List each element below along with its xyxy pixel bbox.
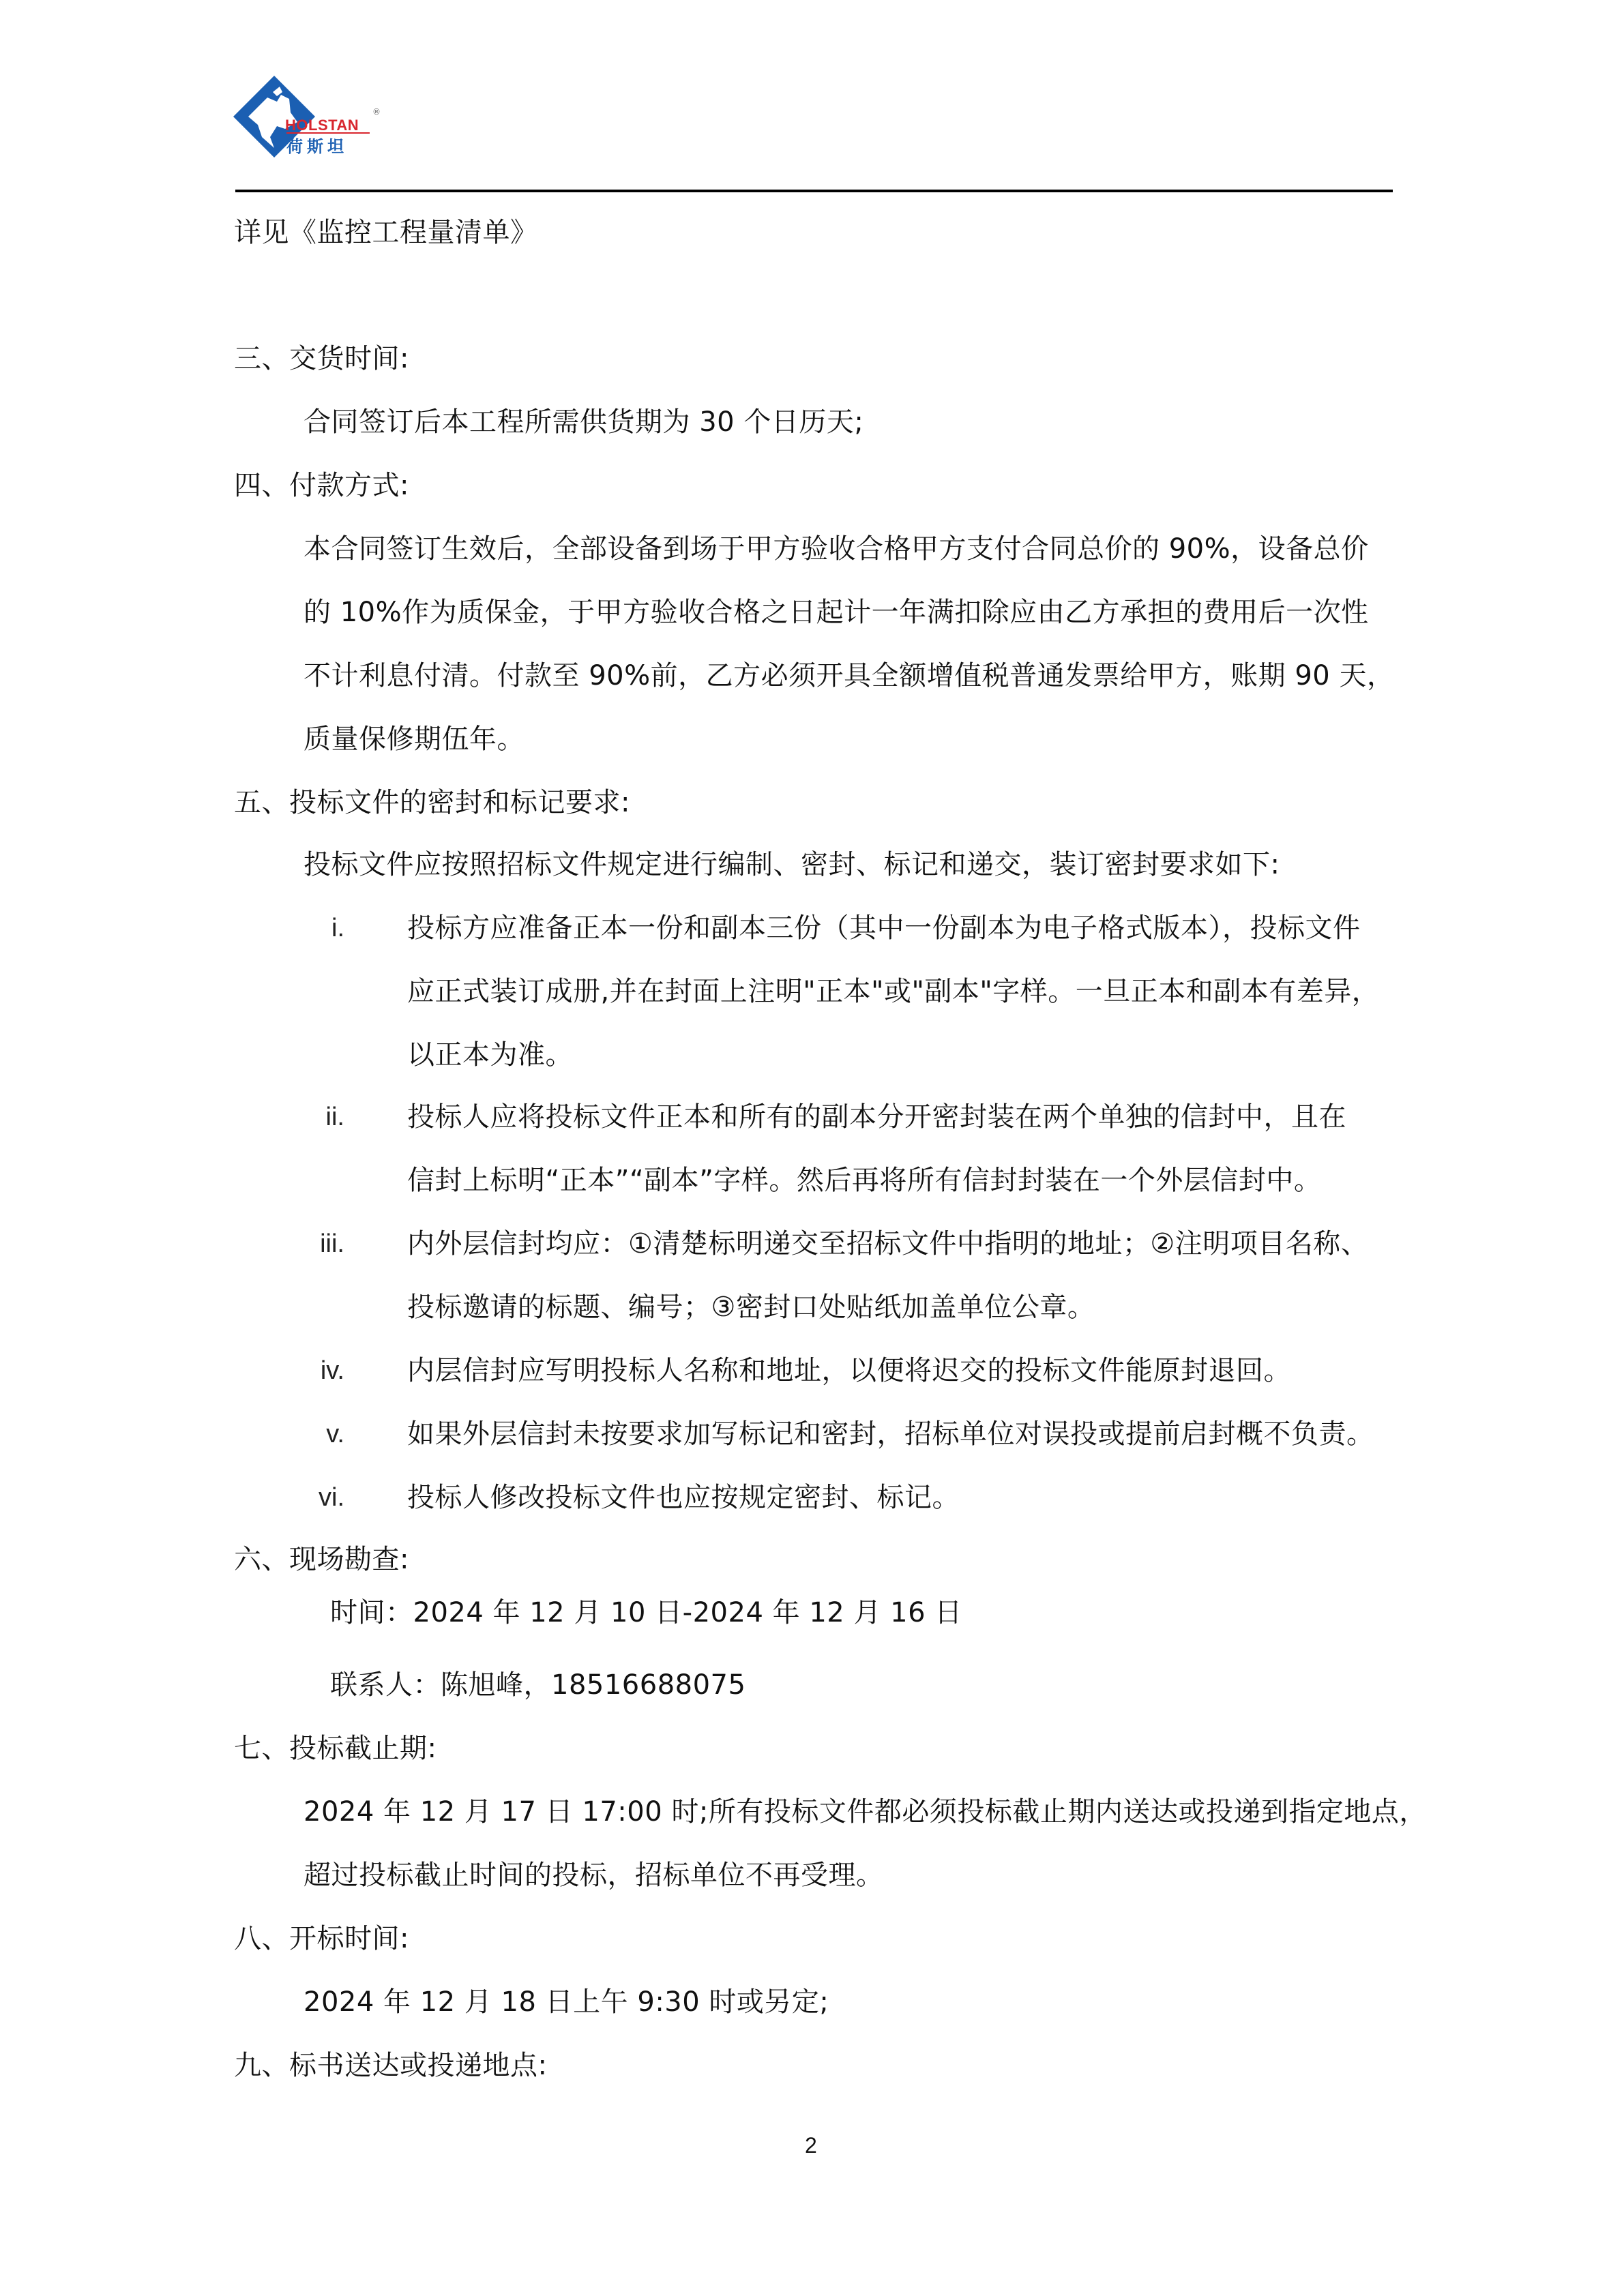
document-page: HOLSTAN ® 荷斯坦 详见《监控工程量清单》 三、交货时间: 合同签订后本… (0, 0, 1624, 2296)
page-number: 2 (805, 2133, 817, 2158)
site-visit-contact: 联系人：陈旭峰，18516688075 (330, 1669, 745, 1701)
paragraph-line: 投标文件应按照招标文件规定进行编制、密封、标记和递交，装订密封要求如下: (304, 849, 1280, 880)
section-heading: 八、开标时间: (234, 1923, 409, 1954)
list-item-line: 投标人应将投标文件正本和所有的副本分开密封装在两个单独的信封中，且在 (407, 1101, 1346, 1133)
logo-text-en: HOLSTAN (285, 117, 359, 134)
paragraph-line: 超过投标截止时间的投标，招标单位不再受理。 (304, 1860, 884, 1891)
header-rule (235, 190, 1393, 192)
paragraph-line: 2024 年 12 月 18 日上午 9:30 时或另定; (304, 1986, 829, 2018)
list-number: v. (290, 1418, 344, 1450)
paragraph-line: 质量保修期伍年。 (304, 724, 525, 755)
list-item-line: 内外层信封均应：①清楚标明递交至招标文件中指明的地址；②注明项目名称、 (407, 1228, 1368, 1259)
list-item-line: 投标人修改投标文件也应按规定密封、标记。 (407, 1482, 960, 1513)
paragraph-line: 2024 年 12 月 17 日 17:00 时;所有投标文件都必须投标截止期内… (304, 1796, 1427, 1828)
list-item-line: 投标方应准备正本一份和副本三份（其中一份副本为电子格式版本），投标文件 (407, 912, 1361, 944)
list-item-line: 应正式装订成册,并在封面上注明"正本"或"副本"字样。一旦正本和副本有差异， (407, 976, 1379, 1007)
list-number: vi. (290, 1482, 344, 1513)
section-heading: 四、付款方式: (234, 470, 409, 501)
section-heading: 三、交货时间: (234, 343, 409, 374)
list-item-line: 信封上标明“正本”“副本”字样。然后再将所有信封封装在一个外层信封中。 (407, 1165, 1321, 1196)
list-item-line: 内层信封应写明投标人名称和地址，以便将迟交的投标文件能原封退回。 (407, 1355, 1291, 1386)
list-item-line: 如果外层信封未按要求加写标记和密封，招标单位对误投或提前启封概不负责。 (407, 1418, 1374, 1450)
paragraph-line: 不计利息付清。付款至 90%前，乙方必须开具全额增值税普通发票给甲方，账期 90… (304, 660, 1394, 691)
paragraph-line: 的 10%作为质保金，于甲方验收合格之日起计一年满扣除应由乙方承担的费用后一次性 (304, 597, 1369, 628)
list-number: iv. (290, 1355, 344, 1386)
list-item-line: 投标邀请的标题、编号；③密封口处贴纸加盖单位公章。 (407, 1292, 1095, 1323)
logo-text-zh: 荷斯坦 (286, 133, 348, 157)
list-item-line: 以正本为准。 (407, 1039, 573, 1071)
list-number: iii. (290, 1228, 344, 1259)
section-heading: 九、标书送达或投递地点: (234, 2050, 547, 2081)
company-logo: HOLSTAN ® 荷斯坦 (232, 72, 389, 160)
section-heading: 七、投标截止期: (234, 1733, 437, 1764)
registered-mark-icon: ® (372, 107, 381, 117)
section-heading: 五、投标文件的密封和标记要求: (234, 787, 630, 818)
section-heading: 六、现场勘查: (234, 1544, 409, 1575)
paragraph-line: 合同签订后本工程所需供货期为 30 个日历天; (304, 406, 863, 438)
site-visit-time: 时间：2024 年 12 月 10 日-2024 年 12 月 16 日 (330, 1597, 962, 1628)
list-number: i. (290, 912, 344, 944)
paragraph-line: 本合同签订生效后，全部设备到场于甲方验收合格甲方支付合同总价的 90%，设备总价 (304, 533, 1369, 565)
list-number: ii. (290, 1101, 344, 1133)
intro-text: 详见《监控工程量清单》 (234, 217, 538, 248)
